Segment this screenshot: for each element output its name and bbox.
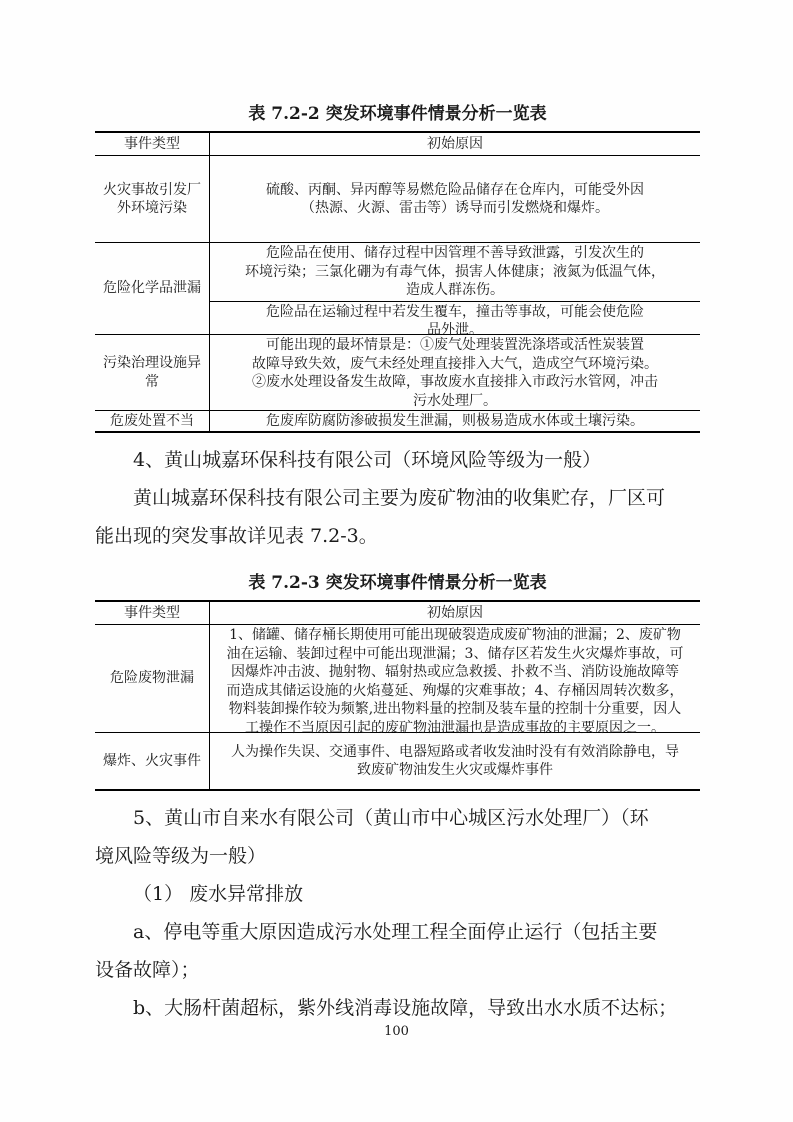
scenario-table-7-2-3: 事件类型 初始原因 危险废物泄漏 1、储罐、储存桶长期使用可能出现破裂造成废矿物… bbox=[95, 600, 700, 791]
cause-cell: 人为操作失误、交通事件、电器短路或者收发油时没有有效消除静电，导 致废矿物油发生… bbox=[210, 733, 700, 789]
body-paragraph: b、大肠杆菌超标，紫外线消毒设施故障，导致出水水质不达标； bbox=[95, 989, 700, 1027]
event-type-cell: 污染治理设施异常 bbox=[95, 335, 210, 410]
table-row-explosion-fire-event: 爆炸、火灾事件 人为操作失误、交通事件、电器短路或者收发油时没有有效消除静电，导… bbox=[95, 733, 700, 789]
header-initial-cause: 初始原因 bbox=[210, 602, 700, 624]
cause-cell: 1、储罐、储存桶长期使用可能出现破裂造成废矿物油的泄漏；2、废矿物 油在运输、装… bbox=[210, 625, 700, 738]
table-row-chemical-leak: 危险化学品泄漏 危险品在使用、储存过程中因管理不善导致泄露，引发次生的 环境污染… bbox=[95, 243, 700, 335]
table-7-2-3-title: 表 7.2-3 突发环境事件情景分析一览表 bbox=[95, 571, 700, 595]
table-header-row: 事件类型 初始原因 bbox=[95, 133, 700, 156]
cause-cell: 可能出现的最坏情景是：①废气处理装置洗涤塔或活性炭装置 故障导致失效，废气未经处… bbox=[210, 335, 700, 411]
table-row-treatment-facility-abnormal: 污染治理设施异常 可能出现的最坏情景是：①废气处理装置洗涤塔或活性炭装置 故障导… bbox=[95, 335, 700, 411]
table-header-row: 事件类型 初始原因 bbox=[95, 602, 700, 625]
header-event-type: 事件类型 bbox=[95, 602, 210, 624]
table-7-2-2-title: 表 7.2-2 突发环境事件情景分析一览表 bbox=[95, 102, 700, 126]
cause-cell: 危险品在使用、储存过程中因管理不善导致泄露，引发次生的 环境污染；三氯化硼为有毒… bbox=[210, 243, 700, 301]
event-type-cell: 危险化学品泄漏 bbox=[95, 243, 210, 334]
event-type-cell: 火灾事故引发厂外环境污染 bbox=[95, 156, 210, 242]
event-type-cell: 危废处置不当 bbox=[95, 411, 210, 431]
page-content: 表 7.2-2 突发环境事件情景分析一览表 事件类型 初始原因 火灾事故引发厂外… bbox=[95, 0, 700, 1027]
event-type-cell: 危险废物泄漏 bbox=[95, 625, 210, 732]
table-row-fire-accident: 火灾事故引发厂外环境污染 硫酸、丙酮、异丙醇等易燃危险品储存在仓库内，可能受外因… bbox=[95, 156, 700, 243]
body-paragraph: 4、黄山城嘉环保科技有限公司（环境风险等级为一般） bbox=[95, 441, 700, 479]
document-page: 表 7.2-2 突发环境事件情景分析一览表 事件类型 初始原因 火灾事故引发厂外… bbox=[0, 0, 793, 1122]
body-paragraph: a、停电等重大原因造成污水处理工程全面停止运行（包括主要 设备故障）； bbox=[95, 913, 700, 989]
body-paragraph: 黄山城嘉环保科技有限公司主要为废矿物油的收集贮存，厂区可 能出现的突发事故详见表… bbox=[95, 479, 700, 555]
table-row-hazardous-waste-mishandling: 危废处置不当 危废库防腐防渗破损发生泄漏，则极易造成水体或土壤污染。 bbox=[95, 411, 700, 431]
header-initial-cause: 初始原因 bbox=[210, 133, 700, 155]
event-type-cell: 爆炸、火灾事件 bbox=[95, 733, 210, 789]
body-paragraph: 5、黄山市自来水有限公司（黄山市中心城区污水处理厂）（环 境风险等级为一般） bbox=[95, 799, 700, 875]
header-event-type: 事件类型 bbox=[95, 133, 210, 155]
body-paragraph: （1） 废水异常排放 bbox=[95, 875, 700, 913]
cause-cell: 危废库防腐防渗破损发生泄漏，则极易造成水体或土壤污染。 bbox=[210, 411, 700, 432]
cause-cell: 硫酸、丙酮、异丙醇等易燃危险品储存在仓库内，可能受外因 （热源、火源、雷击等）诱… bbox=[210, 156, 700, 242]
page-number: 100 bbox=[0, 1024, 793, 1039]
scenario-table-7-2-2: 事件类型 初始原因 火灾事故引发厂外环境污染 硫酸、丙酮、异丙醇等易燃危险品储存… bbox=[95, 131, 700, 433]
table-row-hazardous-waste-leak: 危险废物泄漏 1、储罐、储存桶长期使用可能出现破裂造成废矿物油的泄漏；2、废矿物… bbox=[95, 625, 700, 733]
